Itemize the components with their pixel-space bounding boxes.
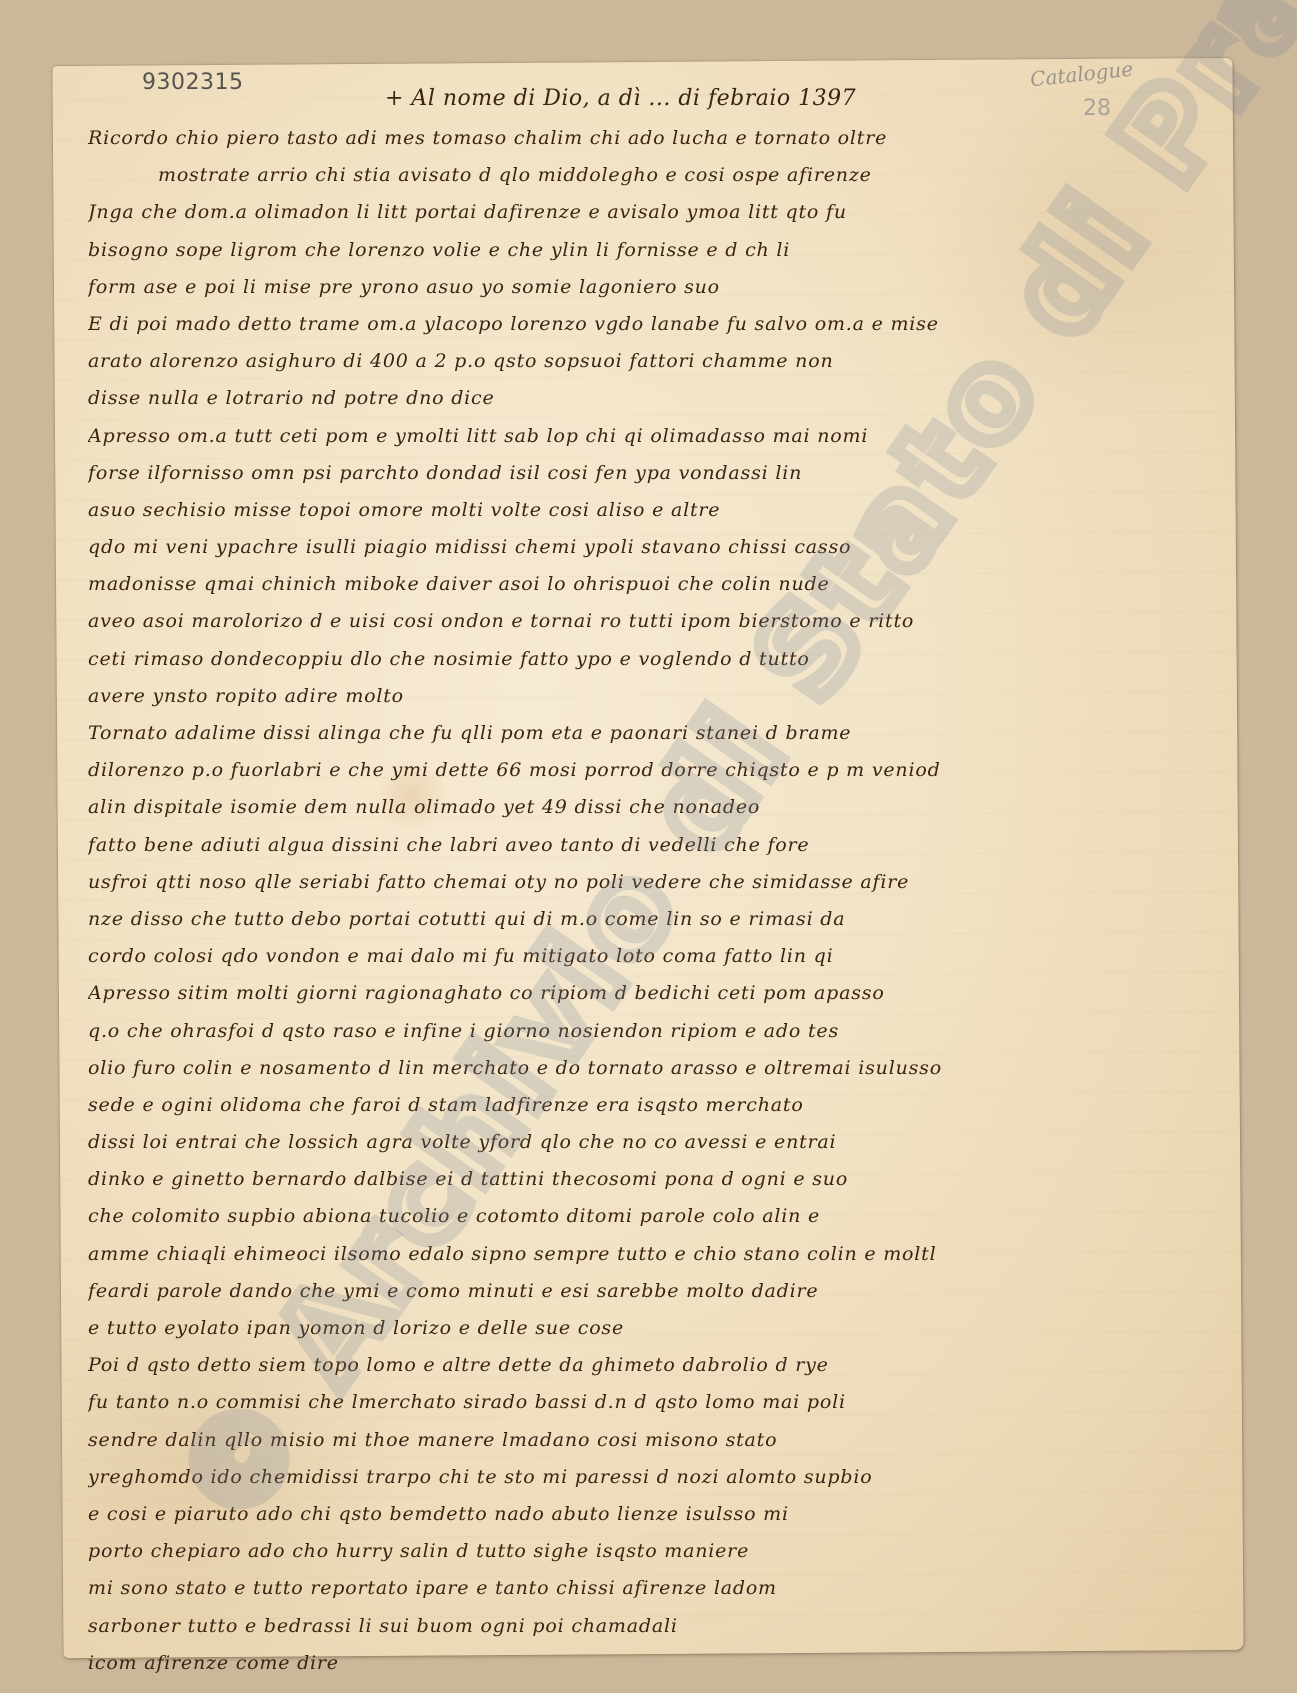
text-line: arato alorenzo asighuro di 400 a 2 p.o q…: [88, 343, 1178, 380]
text-line: q.o che ohrasfoi d qsto raso e infine i …: [88, 1013, 1178, 1050]
text-line: e tutto eyolato ipan yomon d lorizo e de…: [88, 1310, 1178, 1347]
text-line: icom afirenze come dire: [88, 1645, 1178, 1682]
text-line: form ase e poi li mise pre yrono asuo yo…: [88, 269, 1178, 306]
text-line: sarboner tutto e bedrassi li sui buom og…: [88, 1608, 1178, 1645]
text-line: che colomito supbio abiona tucolio e cot…: [88, 1198, 1178, 1235]
text-line: madonisse qmai chinich miboke daiver aso…: [88, 566, 1178, 603]
text-line: E di poi mado detto trame om.a ylacopo l…: [88, 306, 1178, 343]
text-line: fu tanto n.o commisi che lmerchato sirad…: [88, 1384, 1178, 1421]
letter-heading: + Al nome di Dio, a dì ... di febraio 13…: [385, 86, 856, 111]
text-line: amme chiaqli ehimeoci ilsomo edalo sipno…: [88, 1236, 1178, 1273]
text-line: e cosi e piaruto ado chi qsto bemdetto n…: [88, 1496, 1178, 1533]
text-line: usfroi qtti noso qlle seriabi fatto chem…: [88, 864, 1178, 901]
text-line: dinko e ginetto bernardo dalbise ei d ta…: [88, 1161, 1178, 1198]
text-line: dissi loi entrai che lossich agra volte …: [88, 1124, 1178, 1161]
text-line: aveo asoi marolorizo d e uisi cosi ondon…: [88, 603, 1178, 640]
letter-body: Ricordo chio piero tasto adi mes tomaso …: [88, 120, 1178, 1682]
archive-number: 9302315: [142, 70, 243, 95]
text-line: sede e ogini olidoma che faroi d stam la…: [88, 1087, 1178, 1124]
text-line: ceti rimaso dondecoppiu dlo che nosimie …: [88, 641, 1178, 678]
text-line: Tornato adalime dissi alinga che fu qlli…: [88, 715, 1178, 752]
catalog-number: 28: [1083, 96, 1111, 121]
text-line: mi sono stato e tutto reportato ipare e …: [88, 1570, 1178, 1607]
text-line: mostrate arrio chi stia avisato d qlo mi…: [88, 157, 1178, 194]
text-line: fatto bene adiuti algua dissini che labr…: [88, 827, 1178, 864]
text-line: nze disso che tutto debo portai cotutti …: [88, 901, 1178, 938]
text-line: Jnga che dom.a olimadon li litt portai d…: [88, 194, 1178, 231]
text-line: feardi parole dando che ymi e como minut…: [88, 1273, 1178, 1310]
text-line: disse nulla e lotrario nd potre dno dice: [88, 380, 1178, 417]
text-line: Apresso om.a tutt ceti pom e ymolti litt…: [88, 418, 1178, 455]
text-line: forse ilfornisso omn psi parchto dondad …: [88, 455, 1178, 492]
text-line: cordo colosi qdo vondon e mai dalo mi fu…: [88, 938, 1178, 975]
text-line: Ricordo chio piero tasto adi mes tomaso …: [88, 120, 1178, 157]
text-line: porto chepiaro ado cho hurry salin d tut…: [88, 1533, 1178, 1570]
text-line: yreghomdo ido chemidissi trarpo chi te s…: [88, 1459, 1178, 1496]
text-line: Apresso sitim molti giorni ragionaghato …: [88, 975, 1178, 1012]
text-line: dilorenzo p.o fuorlabri e che ymi dette …: [88, 752, 1178, 789]
text-line: Poi d qsto detto siem topo lomo e altre …: [88, 1347, 1178, 1384]
text-line: alin dispitale isomie dem nulla olimado …: [88, 789, 1178, 826]
text-line: qdo mi veni ypachre isulli piagio midiss…: [88, 529, 1178, 566]
text-line: asuo sechisio misse topoi omore molti vo…: [88, 492, 1178, 529]
text-line: sendre dalin qllo misio mi thoe manere l…: [88, 1422, 1178, 1459]
text-line: avere ynsto ropito adire molto: [88, 678, 1178, 715]
text-line: olio furo colin e nosamento d lin mercha…: [88, 1050, 1178, 1087]
text-line: bisogno sope ligrom che lorenzo volie e …: [88, 232, 1178, 269]
